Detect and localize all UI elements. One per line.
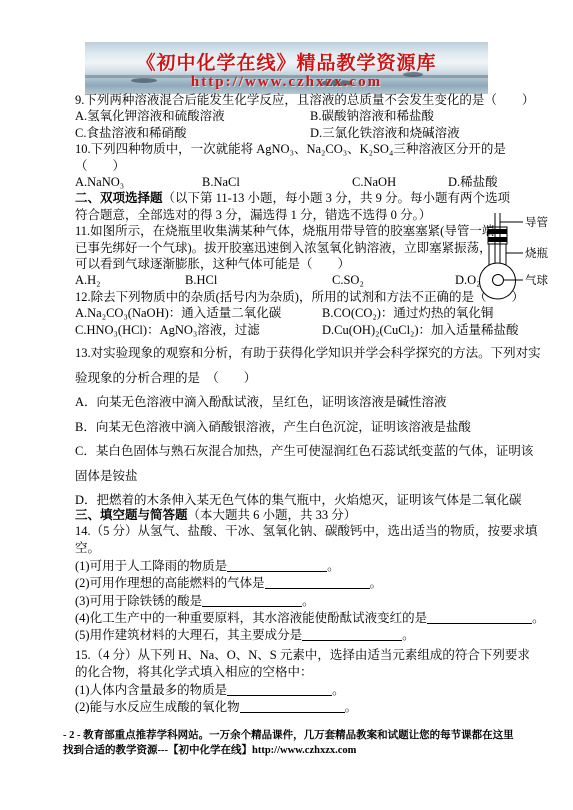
q10-stem-line2: （ ） xyxy=(75,158,518,174)
diagram-label-flask: 烧瓶 xyxy=(525,246,548,260)
diagram-label-balloon: 气球 xyxy=(525,273,548,287)
section2-heading-line2: 符合题意，全部选对的得 3 分，漏选得 1 分，错选不选得 0 分。） xyxy=(75,207,518,223)
q9-option-b: B.碳酸钠溶液和稀盐酸 xyxy=(310,108,434,124)
page-footer: - 2 - 教育部重点推荐学科网站。一万余个精品课件，几万套精品教案和试题让您的… xyxy=(63,728,519,758)
q15-block: 15.（4 分）从下列 H、Na、O、N、S 元素中，选择由适当元素组成的符合下… xyxy=(75,647,518,717)
section2-heading: 二、双项选择题（以下第 11-13 小题，每小题 3 分，共 9 分。每小题有两… xyxy=(75,190,518,206)
q13-option-b: B．向某无色溶液中滴入硝酸银溶液，产生白色沉淀，证明该溶液是盐酸 xyxy=(75,415,518,440)
q11-option-b: B.HCl xyxy=(185,272,332,288)
q11-stem-line1: 11.如图所示，在烧瓶里收集满某种气体，烧瓶用带导管的胶塞塞紧(导管一端 xyxy=(75,223,518,239)
balloon xyxy=(493,275,504,286)
q13-option-c-line2: 固体是铵盐 xyxy=(75,464,518,489)
period: 。 xyxy=(532,611,545,625)
period: 。 xyxy=(345,700,358,714)
q9-option-c: C.食盐溶液和稀硝酸 xyxy=(75,125,310,141)
q15-stem-line2: 的化合物，将其化学式填入相应的空格中： xyxy=(75,664,518,681)
q15-blank2-field xyxy=(240,699,345,713)
q12-options-row2: C.HNO₃(HCl)：AgNO₃溶液，过滤 D.Cu(OH)₂(CuCl₂)：… xyxy=(75,322,518,338)
period: 。 xyxy=(327,559,340,573)
q12-option-d: D.Cu(OH)₂(CuCl₂)：加入适量稀盐酸 xyxy=(322,322,519,338)
q14-blank1-field xyxy=(227,558,327,572)
q9-options-row2: C.食盐溶液和稀硝酸 D.三氯化铁溶液和烧碱溶液 xyxy=(75,125,518,141)
q15-blank-line2: (2)能与水反应生成酸的氧化物。 xyxy=(75,699,518,716)
q14-blank5-field xyxy=(302,627,402,641)
q15-blank-line1: (1)人体内含量最多的物质是。 xyxy=(75,682,518,699)
q10-options-row: A.NaNO₃ B.NaCl C.NaOH D.稀盐酸 xyxy=(75,174,518,190)
section2-heading-rest: （以下第 11-13 小题，每小题 3 分，共 9 分。每小题有两个选项 xyxy=(163,191,510,205)
site-banner: 《初中化学在线》精品教学资源库 http://www.czhxzx.com xyxy=(85,42,488,94)
q14-stem-line2: 空。 xyxy=(75,540,518,557)
q13-block: 13.对实验现象的观察和分析，有助于获得化学知识并学会科学探究的方法。下列对实 … xyxy=(75,341,518,513)
q15-blank1-field xyxy=(227,682,332,696)
period: 。 xyxy=(402,628,415,642)
q11-options-row: A.H₂ B.HCl C.SO₂ D.O₂ xyxy=(75,272,518,288)
q14-blank-line3: (3)可用于除铁锈的酸是。 xyxy=(75,593,518,610)
q12-options-row1: A.Na₂CO₃(NaOH)：通入适量二氧化碳 B.CO(CO₂)：通过灼热的氧… xyxy=(75,305,518,321)
q14-blank4-label: (4)化工生产中的一种重要原料，其水溶液能使酚酞试液变红的是 xyxy=(75,611,427,625)
q9-stem: 9.下列两种溶液混合后能发生化学反应，且溶液的总质量不会发生变化的是（ ） xyxy=(75,92,518,108)
q14-block: 14.（5 分）从氢气、盐酸、干冰、氢氧化钠、碳酸钙中，选出适当的物质，按要求填… xyxy=(75,523,518,645)
banner-title: 《初中化学在线》精品教学资源库 xyxy=(85,48,488,75)
q14-blank3-label: (3)可用于除铁锈的酸是 xyxy=(75,594,202,608)
q14-blank5-label: (5)用作建筑材料的大理石，其主要成分是 xyxy=(75,628,302,642)
q10-option-a: A.NaNO₃ xyxy=(75,174,202,190)
q11-stem-line3: 可以看到气球逐渐膨胀，这种气体可能是（ ） xyxy=(75,256,518,272)
stopper-band xyxy=(488,229,507,234)
q14-blank2-field xyxy=(265,575,370,589)
q12-stem: 12.除去下列物质中的杂质(括号内为杂质)，所用的试剂和方法不正确的是（ ） xyxy=(75,289,518,305)
q14-blank-line5: (5)用作建筑材料的大理石，其主要成分是。 xyxy=(75,627,518,644)
q14-blank-line4: (4)化工生产中的一种重要原料，其水溶液能使酚酞试液变红的是。 xyxy=(75,610,518,627)
document-page: 《初中化学在线》精品教学资源库 http://www.czhxzx.com 9.… xyxy=(0,0,573,810)
q14-blank-line1: (1)可用于人工降雨的物质是。 xyxy=(75,558,518,575)
q10-stem-line1: 10.下列四种物质中，一次就能将 AgNO₃、Na₂CO₃、K₂SO₄三种溶液区… xyxy=(75,141,518,157)
q15-stem-line1: 15.（4 分）从下列 H、Na、O、N、S 元素中，选择由适当元素组成的符合下… xyxy=(75,647,518,664)
q14-blank-line2: (2)可用作理想的高能燃料的气体是。 xyxy=(75,575,518,592)
q11-option-c: C.SO₂ xyxy=(332,272,455,288)
q12-option-b: B.CO(CO₂)：通过灼热的氧化铜 xyxy=(322,305,493,321)
q9-options-row1: A.氢氧化钾溶液和硫酸溶液 B.碳酸钠溶液和稀盐酸 xyxy=(75,108,518,124)
q14-blank3-field xyxy=(202,593,302,607)
stopper-band xyxy=(488,237,507,242)
q14-blank4-field xyxy=(427,610,532,624)
q14-blank2-label: (2)可用作理想的高能燃料的气体是 xyxy=(75,576,265,590)
q15-blank2-label: (2)能与水反应生成酸的氧化物 xyxy=(75,700,240,714)
q10-option-d: D.稀盐酸 xyxy=(448,174,498,190)
q13-option-c-line1: C．某白色固体与熟石灰混合加热，产生可使湿润红色石蕊试纸变蓝的气体，证明该 xyxy=(75,439,518,464)
q11-option-a: A.H₂ xyxy=(75,272,185,288)
section2-heading-bold: 二、双项选择题 xyxy=(75,191,163,205)
flask-balloon-diagram: 导管 烧瓶 气球 xyxy=(475,203,570,318)
q11-stem-line2: 已事先绑好一个气球)。拔开胶塞迅速倒入浓氢氧化钠溶液，立即塞紧振荡， xyxy=(75,240,518,256)
q14-blank1-label: (1)可用于人工降雨的物质是 xyxy=(75,559,227,573)
q13-stem-line2: 验现象的分析合理的是 （ ） xyxy=(75,366,518,391)
section3-heading-rest: （本大题共 6 小题，共 33 分） xyxy=(188,508,357,522)
banner-url: http://www.czhxzx.com xyxy=(85,74,488,91)
exam-body: 9.下列两种溶液混合后能发生化学反应，且溶液的总质量不会发生变化的是（ ） A.… xyxy=(75,92,518,716)
q10-option-c: C.NaOH xyxy=(352,174,448,190)
section3-heading-bold: 三、填空题与简答题 xyxy=(75,508,188,522)
q9-option-a: A.氢氧化钾溶液和硫酸溶液 xyxy=(75,108,310,124)
period: 。 xyxy=(370,576,383,590)
q10-option-b: B.NaCl xyxy=(202,174,352,190)
q12-option-a: A.Na₂CO₃(NaOH)：通入适量二氧化碳 xyxy=(75,305,322,321)
q9-option-d: D.三氯化铁溶液和烧碱溶液 xyxy=(310,125,460,141)
q13-option-a: A．向某无色溶液中滴入酚酞试液，呈红色，证明该溶液是碱性溶液 xyxy=(75,390,518,415)
diagram-label-tube: 导管 xyxy=(525,215,548,229)
q13-stem-line1: 13.对实验现象的观察和分析，有助于获得化学知识并学会科学探究的方法。下列对实 xyxy=(75,341,518,366)
footer-text: 教育部重点推荐学科网站。一万余个精品课件，几万套精品教案和试题让您的每节课都在这… xyxy=(63,730,514,756)
q15-blank1-label: (1)人体内含量最多的物质是 xyxy=(75,683,227,697)
q14-stem-line1: 14.（5 分）从氢气、盐酸、干冰、氢氧化钠、碳酸钙中，选出适当的物质，按要求填 xyxy=(75,523,518,540)
q12-option-c: C.HNO₃(HCl)：AgNO₃溶液，过滤 xyxy=(75,322,322,338)
period: 。 xyxy=(302,594,315,608)
period: 。 xyxy=(332,683,345,697)
page-number: - 2 - xyxy=(63,730,83,741)
